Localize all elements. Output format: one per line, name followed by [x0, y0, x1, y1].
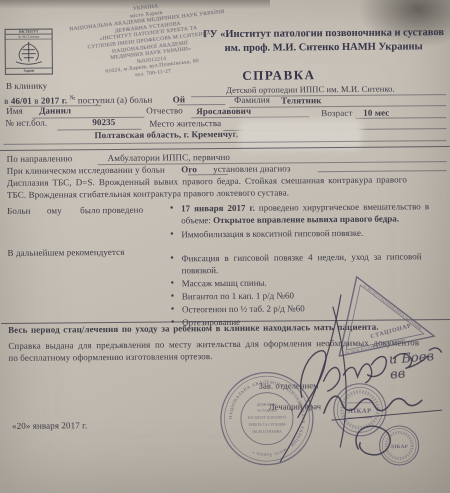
- admit-number: 46/01: [11, 96, 32, 106]
- exam-prefix: При клиническом исследовании у больн: [7, 165, 165, 176]
- referral-label: По направлению: [7, 153, 73, 165]
- purpose-line2: по бесплатному оформлению изготовления о…: [8, 351, 212, 364]
- issue-date: «20» января 2017 г.: [12, 420, 87, 432]
- org-line2: им. проф. М.И. Ситенко НАМН Украины: [225, 41, 423, 54]
- residence-label: Место жительства: [149, 118, 221, 130]
- performed-label-2: ому: [47, 205, 62, 215]
- diagnosis-line2: ТБС. Врожденная сгибательная контрактура…: [7, 187, 289, 200]
- doctor-stamp-likar-2: ЛІКАР: [380, 426, 419, 465]
- underline: [355, 117, 446, 119]
- exam-suffix: установлен диагноз: [213, 163, 290, 174]
- recommended-item: Вигантол по 1 кап. 1 р/д №60: [169, 288, 446, 302]
- document-title: СПРАВКА: [194, 67, 364, 84]
- document-content: УКРАЇНА місто Харків НАЦІОНАЛЬНА АКАДЕМІ…: [0, 0, 450, 493]
- performed-label-1: Больн: [7, 206, 31, 216]
- section-divider: [0, 146, 450, 151]
- doctor-stamp-likar-1: ЛІКАР: [334, 384, 386, 436]
- attending-doctor-label: Лечащий врач: [269, 401, 321, 412]
- doctor-stamp-text: ЛІКАР: [390, 445, 408, 450]
- admit-sup: №: [70, 95, 76, 101]
- residence-value: Полтавская область, г. Кременчуг,: [94, 129, 238, 141]
- surname-label: Фамилия: [234, 95, 270, 106]
- performed-operation: Открытое вправление вывиха правого бедра…: [213, 213, 399, 225]
- performed-bullet-2: Иммобилизация в кокситной гипсовой повяз…: [168, 226, 445, 240]
- stay-note: Весь период стац/лечения по уходу за реб…: [8, 322, 379, 336]
- surname-value: Телятник: [281, 95, 321, 106]
- scanned-certificate: УКРАЇНА місто Харків НАЦІОНАЛЬНА АКАДЕМІ…: [0, 0, 450, 493]
- recommended-item: Остеогенон по ½ таб. 2 р/д №60: [169, 301, 446, 315]
- performed-bullet-1: 17 января 2017 г. проведено хирургическо…: [168, 200, 429, 226]
- performed-label-3: было проведено: [80, 205, 143, 216]
- round-stamp-inner-line: ІНСТИТУТ ПАТОЛОГІЇ: [248, 414, 287, 419]
- patronymic-label: Отчество: [146, 105, 183, 116]
- diagnosis-line1: Дисплазия ТБС, D=S. Врожденный вывих пра…: [7, 174, 407, 188]
- head-of-department-label: Зав. отделением: [259, 380, 319, 392]
- round-stamp-inner-line: ІМ. М.І.СИТЕНКА: [252, 430, 282, 434]
- emblem-caption-city: Харків: [6, 68, 52, 74]
- admit-prefix: в: [4, 96, 8, 106]
- underline: [4, 140, 447, 145]
- doctor-stamp-text: ЛІКАР: [348, 408, 372, 415]
- recommended-item: Фиксация в гипсовой повязке 4 недели, ух…: [168, 250, 421, 276]
- organization-title: ГУ «Институт патологии позвоночника и су…: [199, 26, 449, 55]
- underline: [32, 117, 144, 119]
- institute-emblem: ІНСТИТУТ ім. М.І.Ситенка Харків: [5, 28, 53, 74]
- name-value: Даниил: [39, 105, 71, 116]
- history-label: № ист.бол.: [5, 118, 47, 129]
- head-signature-text: и Боев вв: [388, 348, 450, 383]
- admit-fill: Ой: [173, 94, 185, 104]
- age-label: Возраст: [321, 108, 352, 119]
- clinic-label: В клинику: [6, 81, 47, 92]
- performed-label: Больн ому было проведено: [7, 205, 143, 217]
- recommended-label: В дальнейшем рекомендуется: [7, 247, 124, 259]
- round-stamp-inner-line: ХРЕБТА ТА СУГЛОБІВ: [248, 422, 286, 426]
- name-label: Имя: [6, 106, 23, 117]
- exam-fill: Ого: [181, 164, 197, 174]
- admit-year: 2017 г.: [41, 95, 67, 105]
- admit-text: поступил (а) больн: [78, 95, 153, 106]
- patronymic-value: Ярославович: [196, 106, 251, 117]
- underline: [318, 170, 447, 172]
- org-line1: ГУ «Институт патологии позвоночника и су…: [203, 27, 444, 40]
- purpose-line1: Справка выдана для предъявления по месту…: [8, 337, 419, 352]
- performed-date: 17 января 2017 г.: [181, 203, 255, 214]
- emblem-drawing-icon: [8, 40, 50, 66]
- admit-mid: в: [34, 96, 38, 106]
- recommended-item: Массаж мышц спины.: [169, 275, 446, 289]
- history-number: 90235: [92, 117, 115, 128]
